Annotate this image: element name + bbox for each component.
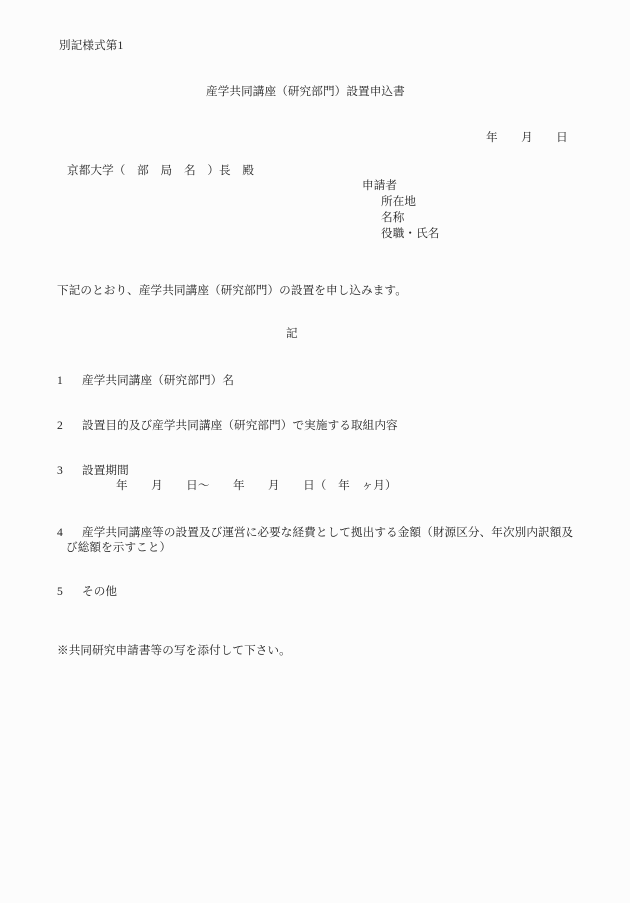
- item-3: 3設置期間: [57, 464, 129, 478]
- item-2-text: 設置目的及び産学共同講座（研究部門）で実施する取組内容: [82, 419, 398, 432]
- form-style-label: 別記様式第1: [59, 39, 123, 53]
- document-page: 別記様式第1 産学共同講座（研究部門）設置申込書 年 月 日 京都大学（ 部 局…: [0, 0, 630, 903]
- item-4-text-line1: 産学共同講座等の設置及び運営に必要な経費として拠出する金額（財源区分、年次別内訳…: [82, 526, 573, 539]
- item-3-number: 3: [57, 464, 82, 478]
- applicant-label: 申請者: [362, 179, 397, 193]
- item-4-text-line2: び総額を示すこと）: [66, 541, 171, 555]
- document-title: 産学共同講座（研究部門）設置申込書: [206, 85, 405, 99]
- item-1-text: 産学共同講座（研究部門）名: [82, 374, 234, 387]
- item-2: 2設置目的及び産学共同講座（研究部門）で実施する取組内容: [57, 419, 398, 433]
- applicant-field-address: 所在地: [381, 195, 416, 209]
- item-1-number: 1: [57, 374, 82, 388]
- item-3-text: 設置期間: [82, 464, 129, 477]
- item-4-number: 4: [57, 526, 82, 540]
- applicant-field-role-name: 役職・氏名: [381, 227, 439, 241]
- item-1: 1産学共同講座（研究部門）名: [57, 374, 234, 388]
- item-5-number: 5: [57, 585, 82, 599]
- attachment-note: ※共同研究申請書等の写を添付して下さい。: [57, 644, 291, 658]
- item-5-text: その他: [82, 585, 117, 598]
- ki-heading: 記: [286, 327, 298, 341]
- applicant-field-name: 名称: [381, 211, 404, 225]
- item-3-period-blanks: 年 月 日～ 年 月 日（ 年 ヶ月）: [116, 479, 397, 493]
- item-4: 4産学共同講座等の設置及び運営に必要な経費として拠出する金額（財源区分、年次別内…: [57, 526, 573, 540]
- item-5: 5その他: [57, 585, 117, 599]
- addressee-line: 京都大学（ 部 局 名 ）長 殿: [67, 164, 254, 178]
- intro-sentence: 下記のとおり、産学共同講座（研究部門）の設置を申し込みます。: [57, 284, 407, 298]
- date-line: 年 月 日: [486, 131, 568, 145]
- item-2-number: 2: [57, 419, 82, 433]
